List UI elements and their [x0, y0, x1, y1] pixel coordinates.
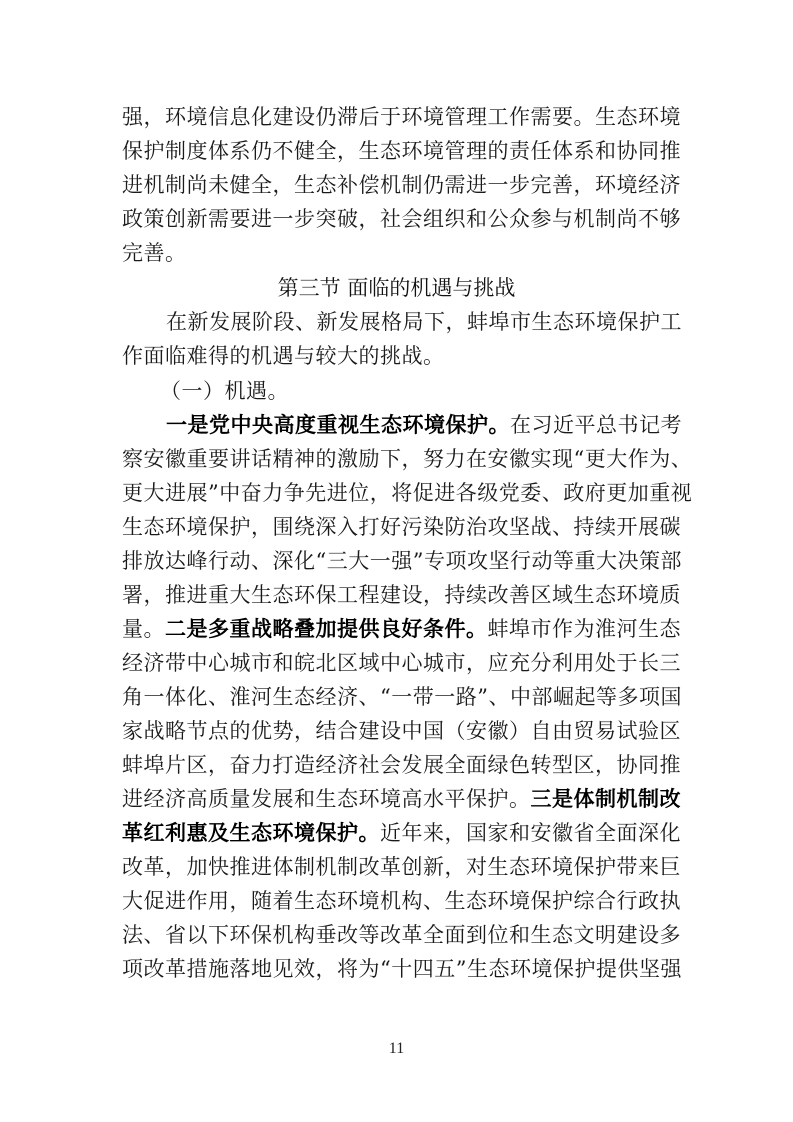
paragraph-line: 一是党中央高度重视生态环境保护。在习近平总书记考 — [166, 408, 674, 442]
paragraph-line: 强，环境信息化建设仍滞后于环境管理工作需要。生态环境 — [122, 100, 674, 134]
bold-lead: 三是体制机制改 — [531, 786, 682, 811]
bold-lead: 革红利惠及生态环境保护。 — [122, 820, 380, 845]
paragraph-line: 排放达峰行动、深化“三大一强”专项攻坚行动等重大决策部 — [122, 544, 674, 578]
paragraph-line: 完善。 — [122, 236, 674, 270]
paragraph-line: 察安徽重要讲话精神的激励下，努力在安徽实现“更大作为、 — [122, 442, 674, 476]
paragraph-line: 蚌埠片区，奋力打造经济社会发展全面绿色转型区，协同推 — [122, 748, 674, 782]
paragraph-line: 更大进展”中奋力争先进位，将促进各级党委、政府更加重视 — [122, 476, 674, 510]
paragraph-line: 革红利惠及生态环境保护。近年来，国家和安徽省全面深化 — [122, 816, 674, 850]
paragraph-line: 进机制尚未健全，生态补偿机制仍需进一步完善，环境经济 — [122, 168, 674, 202]
paragraph-line: 量。二是多重战略叠加提供良好条件。蚌埠市作为淮河生态 — [122, 612, 674, 646]
page-number: 11 — [0, 1040, 793, 1058]
paragraph-line: 法、省以下环保机构垂改等改革全面到位和生态文明建设多 — [122, 918, 674, 952]
text-run: 近年来，国家和安徽省全面深化 — [380, 821, 681, 845]
paragraph-line: 角一体化、淮河生态经济、“一带一路”、中部崛起等多项国 — [122, 680, 674, 714]
paragraph-line: 经济带中心城市和皖北区域中心城市，应充分利用处于长三 — [122, 646, 674, 680]
paragraph-line: 项改革措施落地见效，将为“十四五”生态环境保护提供坚强 — [122, 952, 674, 986]
paragraph-line: 保护制度体系仍不健全，生态环境管理的责任体系和协同推 — [122, 134, 674, 168]
paragraph-line: 进经济高质量发展和生态环境高水平保护。三是体制机制改 — [122, 782, 674, 816]
paragraph-line: 大促进作用，随着生态环境机构、生态环境保护综合行政执 — [122, 884, 674, 918]
bold-lead: 二是多重战略叠加提供良好条件。 — [165, 616, 488, 641]
text-run: 进经济高质量发展和生态环境高水平保护。 — [122, 787, 531, 811]
text-run: 量。 — [122, 617, 165, 641]
bold-lead: 一是党中央高度重视生态环境保护。 — [166, 412, 510, 437]
subheading: （一）机遇。 — [160, 374, 668, 408]
section-heading: 第三节 面临的机遇与挑战 — [0, 271, 793, 305]
paragraph-line: 作面临难得的机遇与较大的挑战。 — [122, 339, 674, 373]
paragraph-line: 政策创新需要进一步突破，社会组织和公众参与机制尚不够 — [122, 202, 674, 236]
paragraph-line: 署，推进重大生态环保工程建设，持续改善区域生态环境质 — [122, 578, 674, 612]
text-run: 在习近平总书记考 — [510, 413, 682, 437]
paragraph-line: 家战略节点的优势，结合建设中国（安徽）自由贸易试验区 — [122, 714, 674, 748]
document-page: 强，环境信息化建设仍滞后于环境管理工作需要。生态环境 保护制度体系仍不健全，生态… — [0, 0, 793, 1122]
paragraph-line: 生态环境保护，围绕深入打好污染防治攻坚战、持续开展碳 — [122, 510, 674, 544]
text-run: 蚌埠市作为淮河生态 — [488, 617, 682, 641]
paragraph-line: 改革，加快推进体制机制改革创新，对生态环境保护带来巨 — [122, 850, 674, 884]
paragraph-line: 在新发展阶段、新发展格局下，蚌埠市生态环境保护工 — [166, 305, 674, 339]
